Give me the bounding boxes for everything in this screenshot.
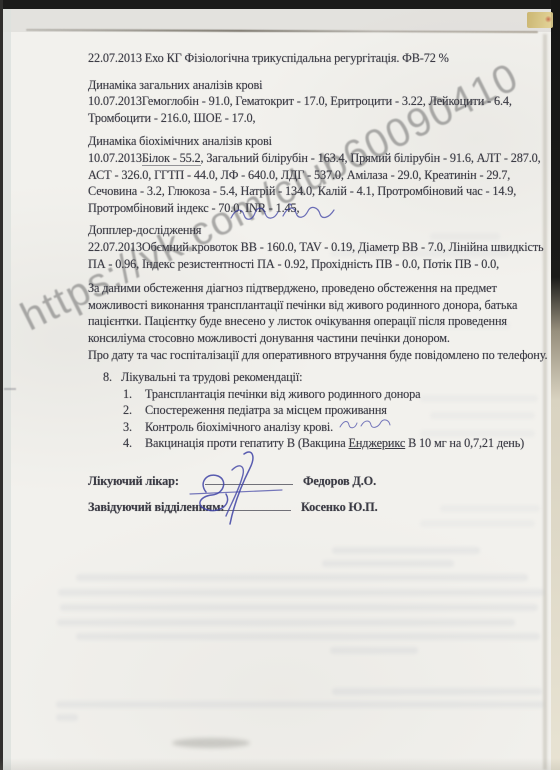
scan-border-top — [0, 0, 560, 9]
bleedthrough-line — [332, 547, 480, 554]
lab-values-text: , Загальний білірубін - 163.4, Прямий бі… — [201, 151, 541, 165]
conclusion-line: За даними обстеження діагноз підтверджен… — [88, 280, 540, 297]
signature-row: Лікуючий лікар:Федоров Д.О. — [88, 472, 540, 490]
conclusion-line: консиліума стосовно можливості донування… — [88, 330, 540, 347]
recommendations-number: 8. — [103, 369, 121, 386]
recommendations-heading: 8.Лікувальні та трудові рекомендації: — [103, 369, 540, 386]
bleedthrough-line — [332, 688, 542, 695]
scan-border-right — [551, 0, 560, 770]
date-prefix: 10.07.2013 — [88, 151, 142, 165]
page-bottom-shadow — [0, 758, 560, 770]
scan-smudge — [172, 738, 250, 748]
section-title-biochem: Динаміка біохімічних аналізів крові — [88, 133, 540, 150]
list-item: 2.Спостереження педіатра за місцем прожи… — [123, 402, 540, 419]
bleedthrough-line — [76, 633, 540, 640]
scanned-medical-report: https://vk.com/club60090410 22.07.2013 Е… — [0, 0, 560, 770]
lab-values-line: АСТ - 326.0, ГГТП - 44.0, ЛФ - 640.0, ЛД… — [88, 167, 540, 184]
doctor-signature-scribble — [182, 448, 294, 530]
bleedthrough-line — [330, 647, 418, 654]
lab-values-line: 10.07.2013Білок - 55.2, Загальний біліру… — [88, 150, 540, 167]
lab-values-line: ПА - 0.96, Індекс резистентності ПА - 0.… — [88, 256, 540, 273]
bleedthrough-line — [57, 619, 515, 626]
conclusion-line: пацієнтки. Пацієнтку буде внесено у лист… — [88, 313, 540, 330]
head-of-department-name: Косенко Ю.П. — [301, 500, 378, 514]
handwritten-note — [228, 200, 343, 226]
margin-mark — [4, 388, 16, 390]
recommendations-title: Лікувальні та трудові рекомендації: — [121, 370, 302, 384]
bleedthrough-line — [56, 701, 544, 708]
document-body: 22.07.2013 Ехо КГ Фізіологічна трикуспід… — [88, 50, 540, 515]
bleedthrough-line — [60, 604, 538, 611]
underlined-value: Білок - 55.2 — [142, 151, 201, 166]
echo-result-line: 22.07.2013 Ехо КГ Фізіологічна трикуспід… — [88, 50, 540, 67]
lab-values-line: Сечовина - 3.2, Глюкоза - 5.4, Натрій - … — [88, 183, 540, 200]
signature-row: Завідуючий відділенням:Косенко Ю.П. — [88, 498, 540, 516]
handwritten-note — [338, 417, 398, 433]
conclusion-line: можливості виконання трансплантації печі… — [88, 297, 540, 314]
doctor-name: Федоров Д.О. — [303, 474, 376, 488]
bleedthrough-line — [76, 574, 528, 581]
lab-values-line: 22.07.2013Обємний кровоток ВВ - 160.0, T… — [88, 239, 540, 256]
list-item: 3.Контроль біохімічного аналізу крові. — [123, 419, 540, 436]
lab-values-line: Тромбоцити - 216.0, ШОЕ - 17.0, — [88, 110, 540, 127]
section-title-general-blood: Динаміка загальних аналізів крові — [88, 77, 540, 94]
bleedthrough-line — [56, 714, 78, 721]
page-edge-shadow — [543, 34, 547, 770]
conclusion-line: Про дату та час госпіталізації для опера… — [88, 347, 540, 364]
list-item: 1.Трансплантація печінки від живого роди… — [123, 386, 540, 403]
bleedthrough-line — [58, 589, 544, 596]
lab-values-line: 10.07.2013Гемоглобін - 91.0, Гематокрит … — [88, 93, 540, 110]
tape-mark — [527, 12, 553, 28]
bleedthrough-line — [420, 520, 535, 527]
bleedthrough-line — [322, 560, 454, 567]
underlined-vaccine-name: Енджерикс — [349, 436, 406, 450]
